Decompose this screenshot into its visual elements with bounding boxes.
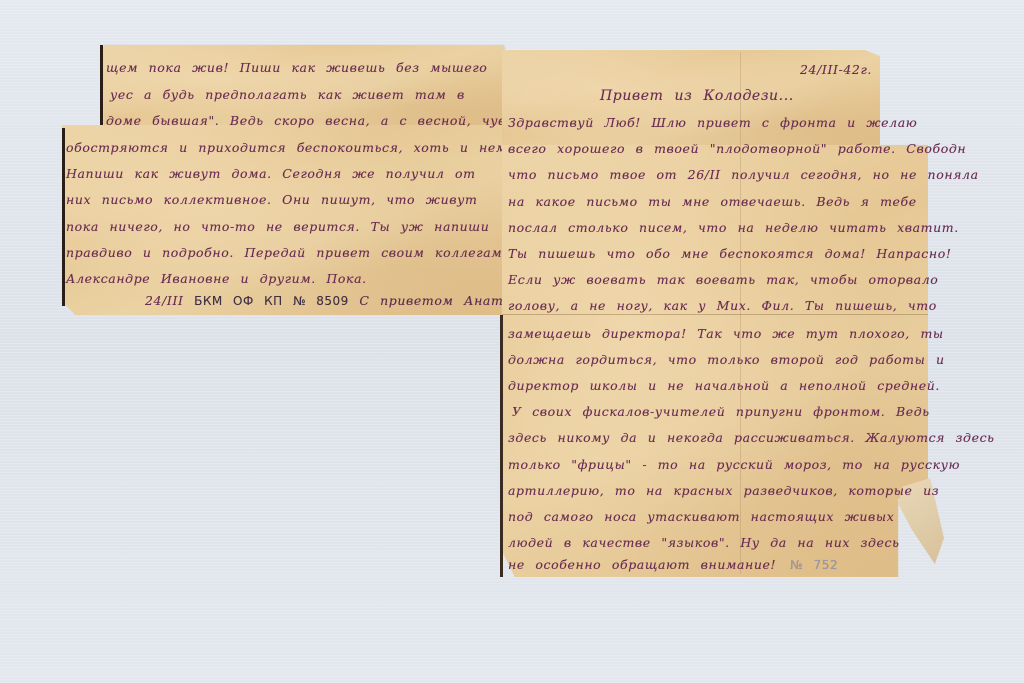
handwritten-line: обостряются и приходится беспокоиться, х…: [66, 140, 545, 155]
handwritten-line: только "фрицы" - то на русский мороз, то…: [508, 457, 960, 472]
archive-pencil-mark: № 752: [790, 558, 838, 572]
handwritten-line: щем пока жив! Пиши как живешь без мышего: [106, 60, 487, 75]
paper-edge-shadow: [62, 128, 65, 306]
handwritten-line: что письмо твое от 26/II получил сегодня…: [508, 167, 979, 182]
handwritten-line: них письмо коллективное. Они пишут, что …: [66, 192, 477, 207]
handwritten-line: под самого носа утаскивают настоящих жив…: [508, 509, 894, 524]
handwritten-line: Александре Ивановне и другим. Пока.: [66, 271, 367, 286]
letter-footer: 24/III БКМ ОФ КП № 8509 С приветом Анато…: [145, 293, 537, 308]
letter-date: 24/III-42г.: [800, 62, 872, 77]
handwritten-line: всего хорошего в твоей "плодотворной" ра…: [508, 141, 966, 156]
handwritten-line: не особенно обращают внимание!: [508, 557, 776, 572]
handwritten-line: замещаешь директора! Так что же тут плох…: [508, 326, 944, 341]
handwritten-line: правдиво и подробно. Передай привет свои…: [66, 245, 502, 260]
closing-phrase: С приветом: [359, 293, 453, 308]
handwritten-line: У своих фискалов-учителей припугни фронт…: [512, 404, 930, 419]
footer-date: 24/III: [145, 293, 184, 308]
handwritten-line: Если уж воевать так воевать так, чтобы о…: [508, 272, 938, 287]
letter-greeting-heading: Привет из Колодези...: [600, 88, 794, 104]
handwritten-line: доме бывшая". Ведь скоро весна, а с весн…: [106, 113, 542, 128]
handwritten-line: послал столько писем, что на неделю чита…: [508, 220, 959, 235]
handwritten-line: артиллерию, то на красных разведчиков, к…: [508, 483, 939, 498]
handwritten-line: должна гордиться, что только второй год …: [508, 352, 945, 367]
handwritten-line: на какое письмо ты мне отвечаешь. Ведь я…: [508, 194, 917, 209]
handwritten-line: голову, а не ногу, как у Мих. Фил. Ты пи…: [508, 298, 937, 313]
handwritten-line: людей в качестве "языков". Ну да на них …: [508, 535, 900, 550]
handwritten-line: здесь никому да и некогда рассиживаться.…: [508, 430, 995, 445]
handwritten-line: директор школы и не начальной а неполной…: [508, 378, 940, 393]
handwritten-line: уес а будь предполагать как живет там в: [110, 87, 465, 102]
paper-fold-horizontal: [502, 314, 928, 315]
handwritten-line: Здравствуй Люб! Шлю привет с фронта и же…: [508, 115, 917, 130]
handwritten-line: пока ничего, но что-то не верится. Ты уж…: [66, 219, 489, 234]
paper-edge-shadow: [100, 45, 103, 125]
handwritten-line: Напиши как живут дома. Сегодня же получи…: [66, 166, 476, 181]
paper-edge-shadow: [500, 315, 503, 577]
handwritten-line: Ты пишешь что обо мне беспокоятся дома! …: [508, 246, 951, 261]
field-post-address: БКМ ОФ КП № 8509: [194, 294, 349, 308]
